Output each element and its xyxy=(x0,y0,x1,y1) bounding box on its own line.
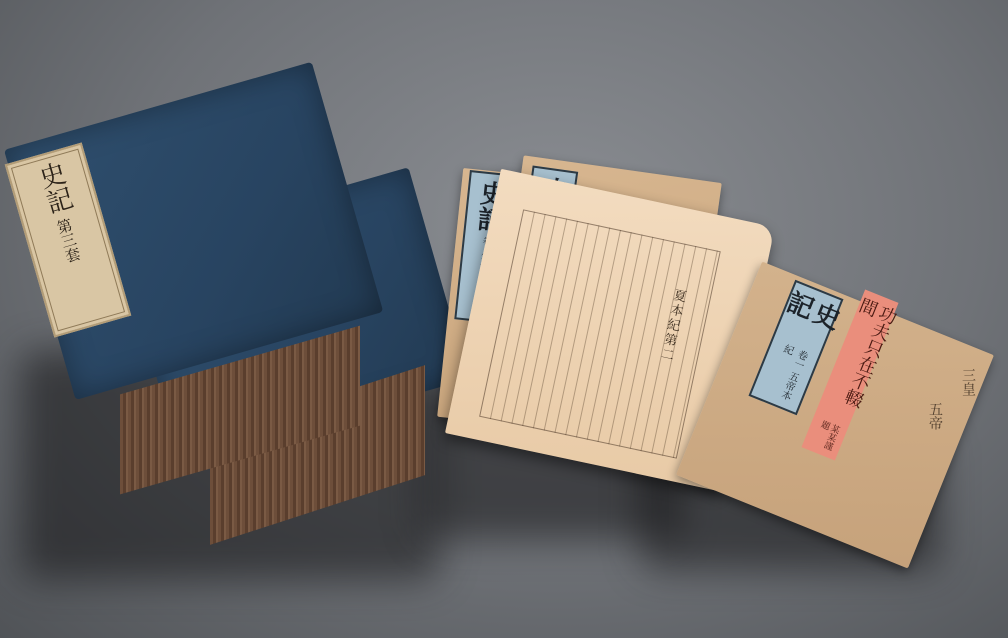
handwritten-note-2: 五帝 xyxy=(925,402,945,430)
slipcase-title: 史記 xyxy=(31,159,75,218)
red-strip-signature: 某某謹題 xyxy=(809,418,841,457)
handwritten-note-1: 三皇 xyxy=(958,368,978,396)
slipcase-subtitle: 第三套 xyxy=(53,216,83,264)
printed-text-columns xyxy=(479,209,721,458)
volume-right-subtitle: 卷一 五帝本紀 xyxy=(759,342,810,410)
